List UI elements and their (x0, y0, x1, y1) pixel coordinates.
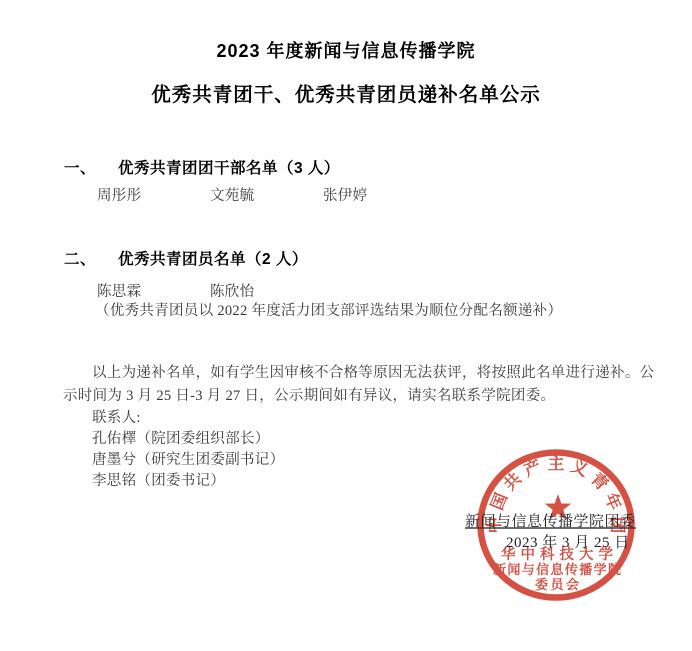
awardee-name: 周彤彤 (97, 184, 141, 205)
section-1-heading: 优秀共青团团干部名单（3 人） (118, 156, 340, 178)
seal-center-line-3: 委员会 (535, 577, 579, 592)
page-title-line1: 2023 年度新闻与信息传播学院 (0, 37, 692, 63)
section-2-heading: 优秀共青团员名单（2 人） (118, 247, 308, 269)
page-title-line2: 优秀共青团干、优秀共青团员递补名单公示 (0, 79, 692, 107)
section-1-number: 一、 (64, 156, 96, 178)
contact-item: 李思铭（团委书记） (92, 469, 225, 490)
seal-center-line-2: 新闻与信息传播学院 (493, 562, 621, 577)
contacts-label: 联系人: (92, 406, 141, 427)
awardee-name: 陈思霖 (97, 280, 141, 301)
paragraph-line-1: 以上为递补名单，如有学生因审核不合格等原因无法获评，将按照此名单进行递补。公 (92, 361, 654, 382)
contact-item: 唐墨兮（研究生团委副书记） (92, 448, 284, 469)
document-page: 2023 年度新闻与信息传播学院 优秀共青团干、优秀共青团员递补名单公示 一、 … (0, 0, 692, 651)
awardee-name: 张伊婷 (323, 184, 367, 205)
signature-underline (465, 527, 636, 529)
awardee-name: 陈欣怡 (210, 280, 254, 301)
signature-date: 2023 年 3 月 25 日 (506, 531, 630, 552)
contact-item: 孔佑檡（院团委组织部长） (92, 427, 270, 448)
section-2-number: 二、 (64, 247, 96, 269)
awardee-name: 文苑毓 (210, 184, 254, 205)
paragraph-line-2: 示时间为 3 月 25 日-3 月 27 日，公示期间如有异议，请实名联系学院团… (63, 384, 555, 405)
section-2-note: （优秀共青团员以 2022 年度活力团支部评选结果为顺位分配名额递补） (95, 299, 562, 320)
